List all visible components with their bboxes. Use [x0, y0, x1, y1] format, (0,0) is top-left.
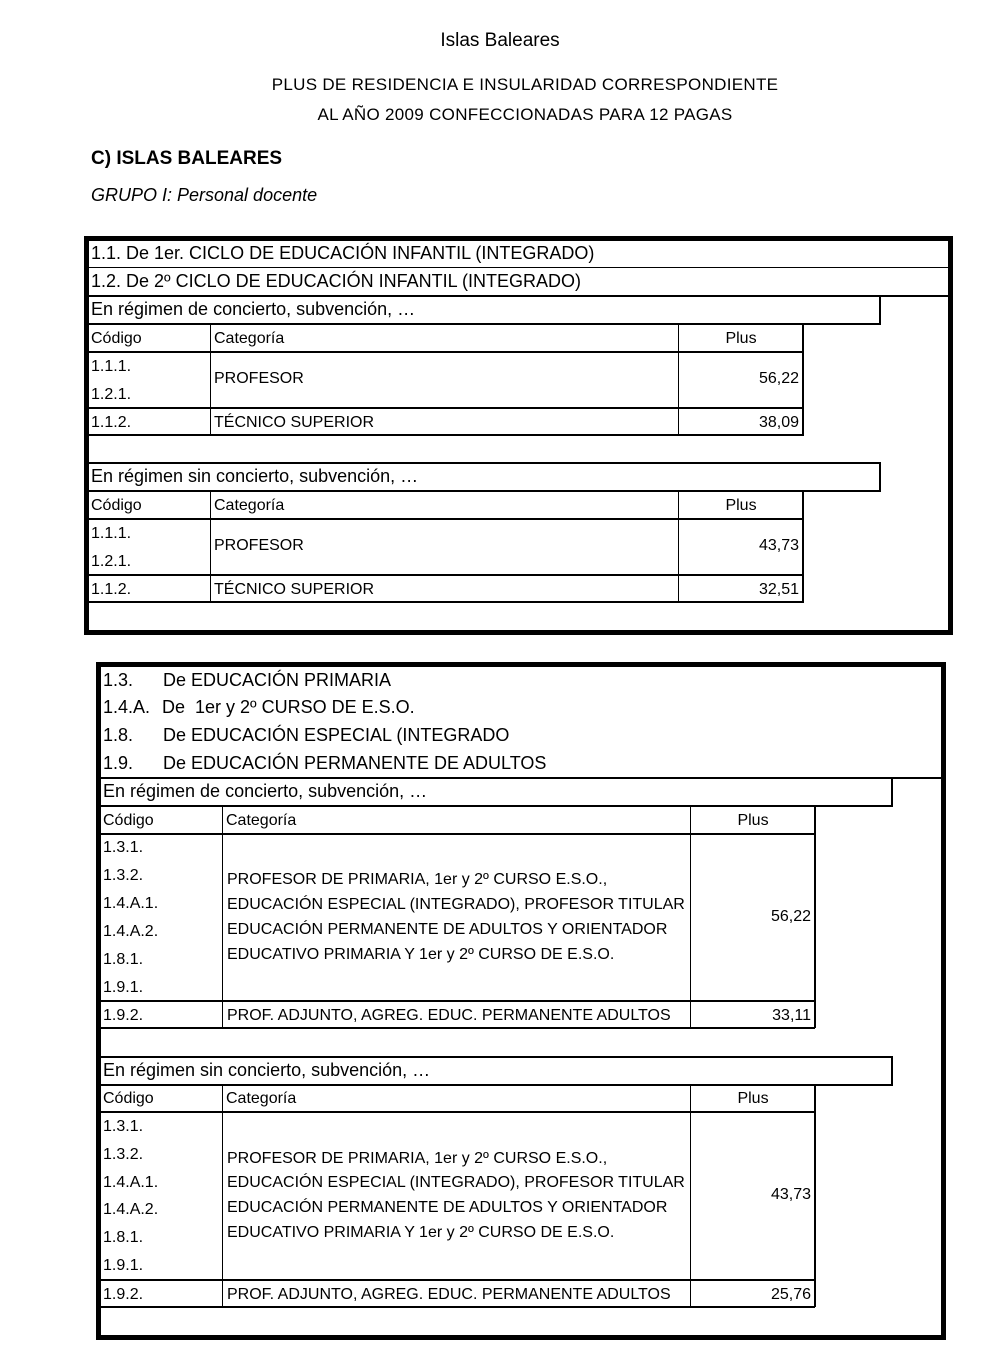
block2-heading-2-text: De 1er y 2º CURSO DE E.S.O. [162, 697, 415, 718]
row-code: 1.8.1. [103, 951, 143, 969]
row-categoria: PROFESOR DE PRIMARIA, 1er y 2º CURSO E.S… [227, 1150, 607, 1168]
block2-heading-4-code: 1.9. [103, 753, 133, 774]
block2-heading-1-text: De EDUCACIÓN PRIMARIA [163, 670, 391, 691]
column-header-plus: Plus [680, 497, 802, 515]
row-code: 1.4.A.1. [103, 1174, 158, 1192]
block1-heading-1: 1.1. De 1er. CICLO DE EDUCACIÓN INFANTIL… [91, 243, 594, 264]
column-header-categoria: Categoría [214, 497, 284, 515]
row-code: 1.9.2. [103, 1007, 143, 1025]
row-categoria: PROFESOR [214, 537, 304, 555]
row-categoria: EDUCACIÓN ESPECIAL (INTEGRADO), PROFESOR… [227, 1174, 685, 1192]
block1-sin-concierto-label: En régimen sin concierto, subvención, … [91, 466, 418, 487]
row-code: 1.9.1. [103, 979, 143, 997]
row-code: 1.1.2. [91, 414, 131, 432]
row-categoria: PROF. ADJUNTO, AGREG. EDUC. PERMANENTE A… [227, 1007, 671, 1025]
block2-heading-1-code: 1.3. [103, 670, 133, 691]
column-header-codigo: Código [91, 330, 142, 348]
block2-heading-3-code: 1.8. [103, 725, 133, 746]
column-header-plus: Plus [692, 812, 814, 830]
row-plus: 32,51 [680, 581, 799, 599]
document-subtitle-line-1: PLUS DE RESIDENCIA E INSULARIDAD CORRESP… [0, 75, 1000, 95]
row-code: 1.1.2. [91, 581, 131, 599]
row-code: 1.1.1. [91, 358, 131, 376]
row-code: 1.3.2. [103, 867, 143, 885]
row-plus: 43,73 [692, 1186, 811, 1204]
row-categoria: EDUCACIÓN PERMANENTE DE ADULTOS Y ORIENT… [227, 1199, 667, 1217]
column-header-codigo: Código [103, 812, 154, 830]
block2-concierto-label: En régimen de concierto, subvención, … [103, 781, 427, 802]
column-header-codigo: Código [91, 497, 142, 515]
section-heading: C) ISLAS BALEARES [91, 148, 282, 170]
row-plus: 33,11 [692, 1007, 811, 1025]
page-title: Islas Baleares [0, 30, 1000, 52]
block2-heading-4-text: De EDUCACIÓN PERMANENTE DE ADULTOS [163, 753, 546, 774]
row-code: 1.2.1. [91, 386, 131, 404]
column-header-categoria: Categoría [226, 1090, 296, 1108]
row-code: 1.3.2. [103, 1146, 143, 1164]
row-categoria: PROFESOR DE PRIMARIA, 1er y 2º CURSO E.S… [227, 871, 607, 889]
row-categoria: PROF. ADJUNTO, AGREG. EDUC. PERMANENTE A… [227, 1286, 671, 1304]
row-code: 1.9.1. [103, 1257, 143, 1275]
row-categoria: EDUCATIVO PRIMARIA Y 1er y 2º CURSO DE E… [227, 1224, 614, 1242]
row-plus: 56,22 [680, 370, 799, 388]
column-header-plus: Plus [680, 330, 802, 348]
row-categoria: TÉCNICO SUPERIOR [214, 581, 374, 599]
block2-sin-concierto-label: En régimen sin concierto, subvención, … [103, 1060, 430, 1081]
row-plus: 25,76 [692, 1286, 811, 1304]
row-code: 1.3.1. [103, 839, 143, 857]
row-code: 1.4.A.2. [103, 923, 158, 941]
row-code: 1.3.1. [103, 1118, 143, 1136]
row-categoria: EDUCACIÓN PERMANENTE DE ADULTOS Y ORIENT… [227, 921, 667, 939]
row-code: 1.4.A.2. [103, 1201, 158, 1219]
column-header-categoria: Categoría [226, 812, 296, 830]
block1-heading-2: 1.2. De 2º CICLO DE EDUCACIÓN INFANTIL (… [91, 271, 581, 292]
block2-heading-3-text: De EDUCACIÓN ESPECIAL (INTEGRADO [163, 725, 509, 746]
group-heading: GRUPO I: Personal docente [91, 185, 317, 206]
row-code: 1.2.1. [91, 553, 131, 571]
row-code: 1.8.1. [103, 1229, 143, 1247]
row-categoria: PROFESOR [214, 370, 304, 388]
block2-heading-2-code: 1.4.A. [103, 697, 150, 718]
row-code: 1.1.1. [91, 525, 131, 543]
row-code: 1.9.2. [103, 1286, 143, 1304]
row-categoria: EDUCACIÓN ESPECIAL (INTEGRADO), PROFESOR… [227, 896, 685, 914]
row-plus: 43,73 [680, 537, 799, 555]
block1-concierto-label: En régimen de concierto, subvención, … [91, 299, 415, 320]
column-header-categoria: Categoría [214, 330, 284, 348]
row-categoria: EDUCATIVO PRIMARIA Y 1er y 2º CURSO DE E… [227, 946, 614, 964]
column-header-plus: Plus [692, 1090, 814, 1108]
row-code: 1.4.A.1. [103, 895, 158, 913]
document-subtitle-line-2: AL AÑO 2009 CONFECCIONADAS PARA 12 PAGAS [0, 105, 1000, 125]
row-categoria: TÉCNICO SUPERIOR [214, 414, 374, 432]
column-header-codigo: Código [103, 1090, 154, 1108]
row-plus: 56,22 [692, 908, 811, 926]
row-plus: 38,09 [680, 414, 799, 432]
